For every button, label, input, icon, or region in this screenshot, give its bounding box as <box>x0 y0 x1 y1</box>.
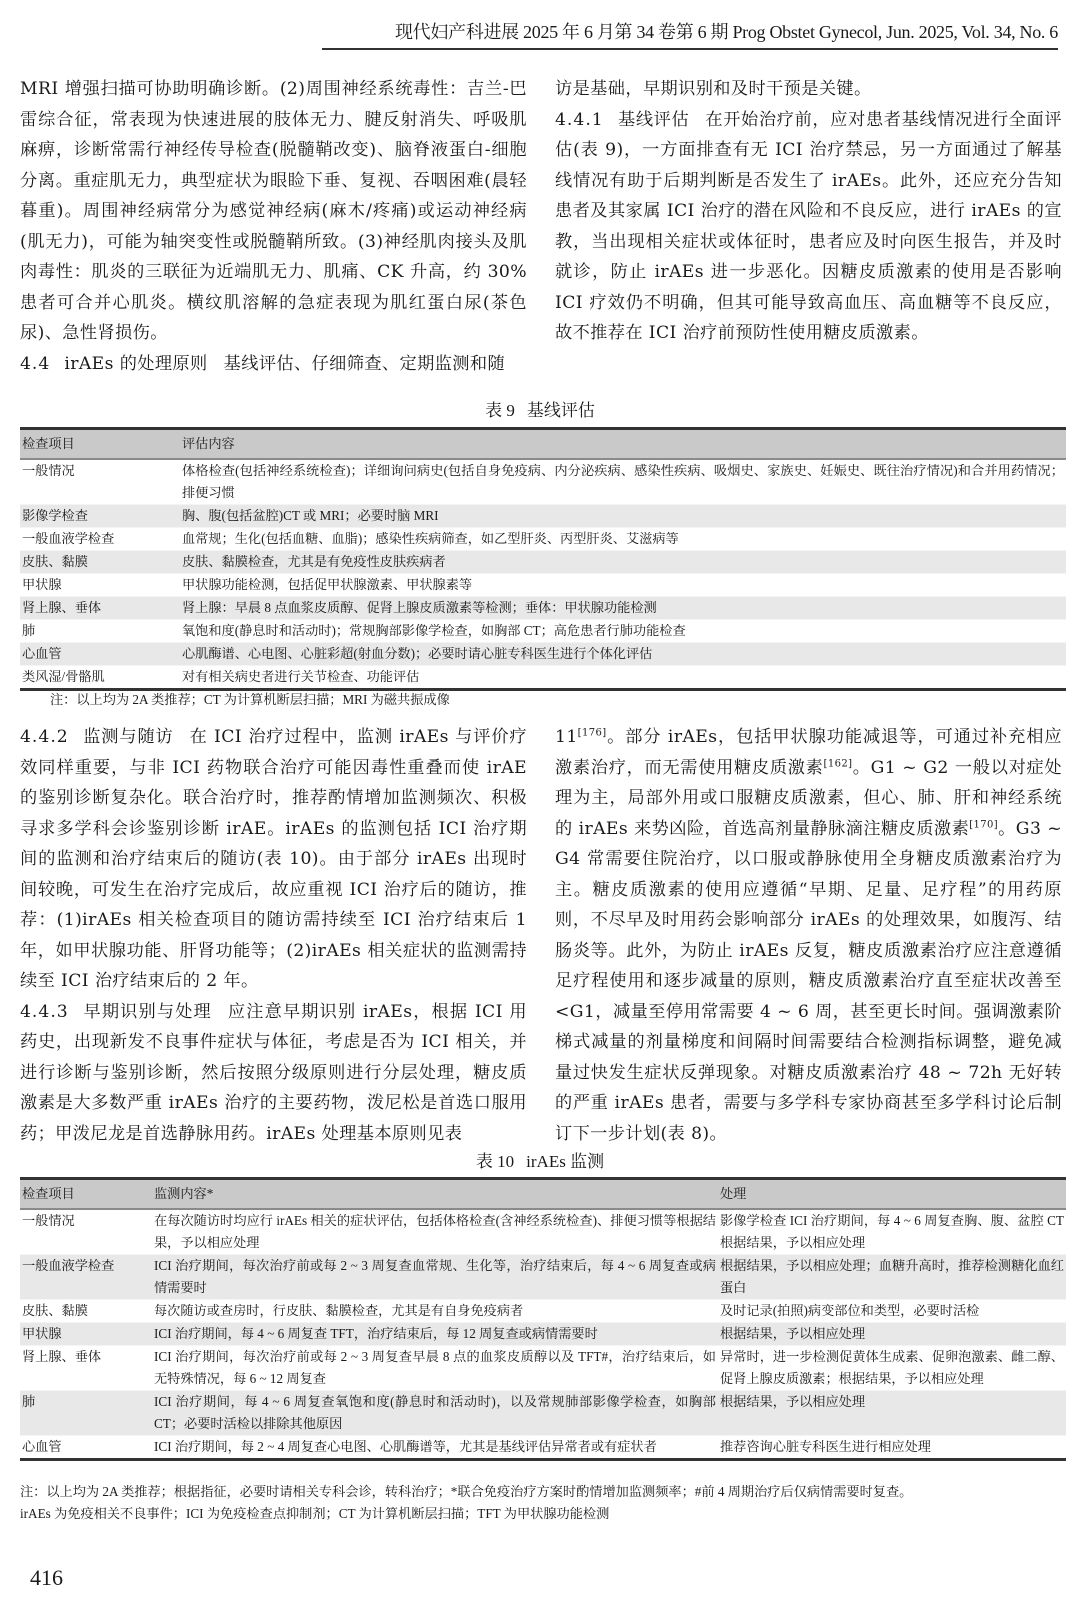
column-header: 检查项目 <box>20 1179 152 1210</box>
section-title: 监测与随访 <box>83 727 174 747</box>
table-cell: 每次随访或查房时，行皮肤、黏膜检查，尤其是有自身免疫病者 <box>152 1300 718 1323</box>
table-cell: 对有相关病史者进行关节检查、功能评估 <box>180 666 1066 690</box>
table-cell: 一般情况 <box>20 1209 152 1255</box>
section-title: 早期识别与处理 <box>83 1002 212 1022</box>
table-cell: ICI 治疗期间，每 4 ~ 6 周复查氧饱和度(静息时和活动时)，以及常规肺部… <box>152 1391 718 1436</box>
heading-4-4-1: 4.4.1基线评估在开始治疗前，应对患者基线情况进行全面评估(表 9)，一方面排… <box>555 105 1062 349</box>
heading-4-4-2: 4.4.2监测与随访在 ICI 治疗过程中，监测 irAEs 与评价疗效同样重要… <box>20 722 527 997</box>
section-4-4-3-continuation: 11[176]。部分 irAEs，包括甲状腺功能减退等，可通过补充相应激素治疗，… <box>555 722 1062 1149</box>
heading-4-4: 4.4irAEs 的处理原则基线评估、仔细筛查、定期监测和随 <box>20 349 527 380</box>
citation-170: [170] <box>969 819 998 830</box>
column-header: 监测内容* <box>152 1179 718 1210</box>
table-cell: ICI 治疗期间，每 4 ~ 6 周复查 TFT，治疗结束后，每 12 周复查或… <box>152 1323 718 1346</box>
table-cell: 根据结果，予以相应处理 <box>718 1323 1066 1346</box>
table-cell: 肺 <box>20 1391 152 1436</box>
table-cell: 推荐咨询心脏专科医生进行相应处理 <box>718 1436 1066 1460</box>
table-cell: 甲状腺 <box>20 1323 152 1346</box>
column-left-bottom: 4.4.2监测与随访在 ICI 治疗过程中，监测 irAEs 与评价疗效同样重要… <box>20 722 527 1149</box>
section-title: irAEs 的处理原则 <box>64 354 207 374</box>
table10-note: 注：以上均为 2A 类推荐；根据指征，必要时请相关专科会诊，转科治疗；*联合免疫… <box>20 1481 1066 1525</box>
table-cell: 氧饱和度(静息时和活动时)；常规胸部影像学检查，如胸部 CT；高危患者行肺功能检… <box>180 620 1066 643</box>
column-right-bottom: 11[176]。部分 irAEs，包括甲状腺功能减退等，可通过补充相应激素治疗，… <box>555 722 1062 1149</box>
table-row: 一般情况 在每次随访时均应行 irAEs 相关的症状评估，包括体格检查(含神经系… <box>20 1209 1066 1255</box>
table-header-row: 检查项目 监测内容* 处理 <box>20 1179 1066 1210</box>
table-cell: 皮肤、黏膜 <box>20 551 180 574</box>
table-cell: 甲状腺功能检测，包括促甲状腺激素、甲状腺素等 <box>180 574 1066 597</box>
table-cell: 在每次随访时均应行 irAEs 相关的症状评估，包括体格检查(含神经系统检查)、… <box>152 1209 718 1255</box>
table-cell: ICI 治疗期间，每次治疗前或每 2 ~ 3 周复查早晨 8 点的血浆皮质醇以及… <box>152 1346 718 1391</box>
table10-caption: 表 10irAEs 监测 <box>0 1147 1080 1172</box>
table-row: 肾上腺、垂体 肾上腺：早晨 8 点血浆皮质醇、促肾上腺皮质激素等检测；垂体：甲状… <box>20 597 1066 620</box>
citation-162: [162] <box>824 758 853 769</box>
table-cell: ICI 治疗期间，每次治疗前或每 2 ~ 3 周复查血常规、生化等，治疗结束后，… <box>152 1255 718 1300</box>
section-number: 4.4.1 <box>555 110 604 130</box>
table-row: 一般血液学检查 ICI 治疗期间，每次治疗前或每 2 ~ 3 周复查血常规、生化… <box>20 1255 1066 1300</box>
table-cell: 一般血液学检查 <box>20 528 180 551</box>
table-header-row: 检查项目 评估内容 <box>20 429 1066 460</box>
table-row: 皮肤、黏膜 皮肤、黏膜检查，尤其是有免疫性皮肤疾病者 <box>20 551 1066 574</box>
table-row: 一般情况 体格检查(包括神经系统检查)；详细询问病史(包括自身免疫病、内分泌疾病… <box>20 459 1066 505</box>
table-cell: 心肌酶谱、心电图、心脏彩超(射血分数)；必要时请心脏专科医生进行个体化评估 <box>180 643 1066 666</box>
citation-176: [176] <box>578 727 607 738</box>
table-row: 心血管 心肌酶谱、心电图、心脏彩超(射血分数)；必要时请心脏专科医生进行个体化评… <box>20 643 1066 666</box>
table-cell: 一般血液学检查 <box>20 1255 152 1300</box>
table-row: 皮肤、黏膜 每次随访或查房时，行皮肤、黏膜检查，尤其是有自身免疫病者 及时记录(… <box>20 1300 1066 1323</box>
table-row: 肺 ICI 治疗期间，每 4 ~ 6 周复查氧饱和度(静息时和活动时)，以及常规… <box>20 1391 1066 1436</box>
column-left-top: MRI 增强扫描可协助明确诊断。(2)周围神经系统毒性：吉兰-巴雷综合征，常表现… <box>20 74 527 379</box>
table-row: 心血管 ICI 治疗期间，每 2 ~ 4 周复查心电图、心肌酶谱等，尤其是基线评… <box>20 1436 1066 1460</box>
table-cell: 肺 <box>20 620 180 643</box>
section-text: 在 ICI 治疗过程中，监测 irAEs 与评价疗效同样重要，与非 ICI 药物… <box>20 727 527 991</box>
table-row: 一般血液学检查 血常规；生化(包括血糖、血脂)；感染性疾病筛查，如乙型肝炎、丙型… <box>20 528 1066 551</box>
table-cell: 皮肤、黏膜 <box>20 1300 152 1323</box>
column-header: 检查项目 <box>20 429 180 460</box>
table-cell: 肾上腺：早晨 8 点血浆皮质醇、促肾上腺皮质激素等检测；垂体：甲状腺功能检测 <box>180 597 1066 620</box>
table-cell: 根据结果，予以相应处理；血糖升高时，推荐检测糖化血红蛋白 <box>718 1255 1066 1300</box>
heading-4-4-3: 4.4.3早期识别与处理应注意早期识别 irAEs，根据 ICI 用药史，出现新… <box>20 997 527 1150</box>
table-cell: 一般情况 <box>20 459 180 505</box>
section-text: 在开始治疗前，应对患者基线情况进行全面评估(表 9)，一方面排查有无 ICI 治… <box>555 110 1062 344</box>
column-header: 评估内容 <box>180 429 1066 460</box>
table-cell: 类风湿/骨骼肌 <box>20 666 180 690</box>
section-number: 4.4.3 <box>20 1002 69 1022</box>
section-text-start: 基线评估、仔细筛查、定期监测和随 <box>224 354 505 374</box>
section-text: 应注意早期识别 irAEs，根据 ICI 用药史，出现新发不良事件症状与体征，考… <box>20 1002 527 1144</box>
table-cell: 及时记录(拍照)病变部位和类型，必要时活检 <box>718 1300 1066 1323</box>
text-fragment: 11 <box>555 727 578 747</box>
section-number: 4.4.2 <box>20 727 69 747</box>
table-cell: 皮肤、黏膜检查，尤其是有免疫性皮肤疾病者 <box>180 551 1066 574</box>
column-header: 处理 <box>718 1179 1066 1210</box>
text-fragment: 。G3 ~ G4 常需要住院治疗，以口服或静脉使用全身糖皮质激素治疗为主。糖皮质… <box>555 819 1062 1144</box>
table-cell: 甲状腺 <box>20 574 180 597</box>
table-cell: 胸、腹(包括盆腔)CT 或 MRI；必要时脑 MRI <box>180 505 1066 528</box>
table-cell: 心血管 <box>20 1436 152 1460</box>
table-row: 甲状腺 甲状腺功能检测，包括促甲状腺激素、甲状腺素等 <box>20 574 1066 597</box>
table-title: irAEs 监测 <box>526 1152 604 1171</box>
section-title: 基线评估 <box>618 110 690 130</box>
table-row: 甲状腺 ICI 治疗期间，每 4 ~ 6 周复查 TFT，治疗结束后，每 12 … <box>20 1323 1066 1346</box>
table-row: 肾上腺、垂体 ICI 治疗期间，每次治疗前或每 2 ~ 3 周复查早晨 8 点的… <box>20 1346 1066 1391</box>
table-title: 基线评估 <box>527 401 595 420</box>
table-cell: 异常时，进一步检测促黄体生成素、促卵泡激素、雌二醇、促肾上腺皮质激素；根据结果，… <box>718 1346 1066 1391</box>
table-number: 表 10 <box>476 1152 514 1171</box>
table-cell: 心血管 <box>20 643 180 666</box>
column-right-top: 访是基础，早期识别和及时干预是关键。 4.4.1基线评估在开始治疗前，应对患者基… <box>555 74 1062 349</box>
table-cell: 根据结果，予以相应处理 <box>718 1391 1066 1436</box>
table10-note-line2: irAEs 为免疫相关不良事件；ICI 为免疫检查点抑制剂；CT 为计算机断层扫… <box>20 1503 1066 1525</box>
section-4-4-continuation: 访是基础，早期识别和及时干预是关键。 <box>555 74 1062 105</box>
table9-baseline-assessment: 检查项目 评估内容 一般情况 体格检查(包括神经系统检查)；详细询问病史(包括自… <box>20 427 1066 691</box>
table9-caption: 表 9基线评估 <box>0 396 1080 421</box>
table-cell: 影像学检查 <box>20 505 180 528</box>
paragraph-neuro-toxicity: MRI 增强扫描可协助明确诊断。(2)周围神经系统毒性：吉兰-巴雷综合征，常表现… <box>20 74 527 349</box>
table-cell: 影像学检查 ICI 治疗期间，每 4 ~ 6 周复查胸、腹、盆腔 CT 根据结果… <box>718 1209 1066 1255</box>
table-row: 类风湿/骨骼肌 对有相关病史者进行关节检查、功能评估 <box>20 666 1066 690</box>
table-cell: ICI 治疗期间，每 2 ~ 4 周复查心电图、心肌酶谱等，尤其是基线评估异常者… <box>152 1436 718 1460</box>
table-cell: 血常规；生化(包括血糖、血脂)；感染性疾病筛查，如乙型肝炎、丙型肝炎、艾滋病等 <box>180 528 1066 551</box>
table-cell: 肾上腺、垂体 <box>20 1346 152 1391</box>
table10-irae-monitoring: 检查项目 监测内容* 处理 一般情况 在每次随访时均应行 irAEs 相关的症状… <box>20 1177 1066 1461</box>
table10-note-line1: 注：以上均为 2A 类推荐；根据指征，必要时请相关专科会诊，转科治疗；*联合免疫… <box>20 1481 1066 1503</box>
table-cell: 肾上腺、垂体 <box>20 597 180 620</box>
table-cell: 体格检查(包括神经系统检查)；详细询问病史(包括自身免疫病、内分泌疾病、感染性疾… <box>180 459 1066 505</box>
table-row: 影像学检查 胸、腹(包括盆腔)CT 或 MRI；必要时脑 MRI <box>20 505 1066 528</box>
page-number: 416 <box>30 1565 63 1591</box>
section-number: 4.4 <box>20 354 50 374</box>
table-number: 表 9 <box>485 401 515 420</box>
table9-note: 注：以上均为 2A 类推荐；CT 为计算机断层扫描；MRI 为磁共振成像 <box>20 689 1066 711</box>
running-header: 现代妇产科进展 2025 年 6 月第 34 卷第 6 期 Prog Obste… <box>322 18 1058 50</box>
table-row: 肺 氧饱和度(静息时和活动时)；常规胸部影像学检查，如胸部 CT；高危患者行肺功… <box>20 620 1066 643</box>
